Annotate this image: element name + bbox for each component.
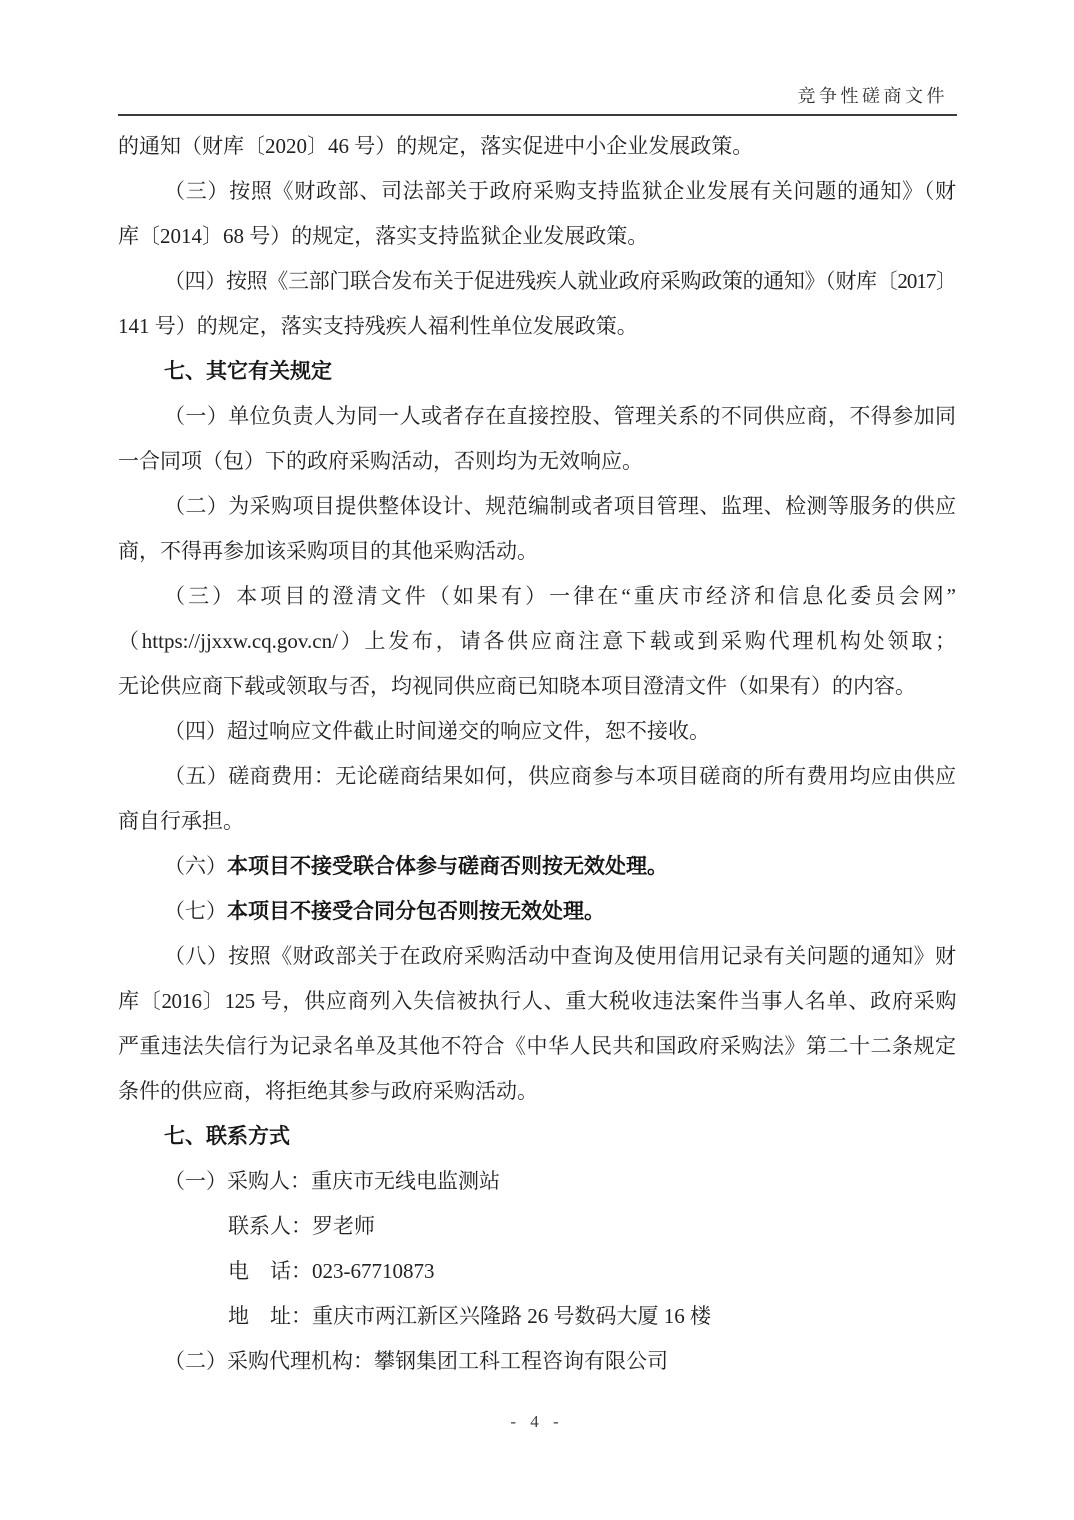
text-line: 无论供应商下载或领取与否，均视同供应商已知晓本项目澄清文件（如果有）的内容。 (118, 664, 956, 709)
text-line: （八）按照《财政部关于在政府采购活动中查询及使用信用记录有关问题的通知》财 (118, 934, 956, 979)
page-number: - 4 - (510, 1412, 563, 1431)
text-segment: （一）单位负责人为同一人或者存在直接控股、管理关系的不同供应商，不得参加同 (164, 404, 956, 428)
text-line: （二）采购代理机构：攀钢集团工科工程咨询有限公司 (118, 1339, 956, 1384)
text-line: 七、联系方式 (118, 1114, 956, 1159)
text-line: （一）单位负责人为同一人或者存在直接控股、管理关系的不同供应商，不得参加同 (118, 394, 956, 439)
bold-text-segment: 本项目不接受联合体参与磋商否则按无效处理。 (227, 854, 668, 878)
text-line: 一合同项（包）下的政府采购活动，否则均为无效响应。 (118, 439, 956, 484)
text-segment: 141 号）的规定，落实支持残疾人福利性单位发展政策。 (118, 314, 638, 338)
text-line: （七）本项目不接受合同分包否则按无效处理。 (118, 889, 956, 934)
text-segment: （二）为采购项目提供整体设计、规范编制或者项目管理、监理、检测等服务的供应 (164, 494, 956, 518)
document-page: 竞争性磋商文件 的通知（财库〔2020〕46 号）的规定，落实促进中小企业发展政… (0, 0, 1074, 1520)
text-segment: （七） (164, 899, 227, 923)
text-line: 七、其它有关规定 (118, 349, 956, 394)
text-line: （三）按照《财政部、司法部关于政府采购支持监狱企业发展有关问题的通知》（财 (118, 169, 956, 214)
page-header: 竞争性磋商文件 (118, 84, 948, 108)
text-line: （三）本项目的澄清文件（如果有）一律在“重庆市经济和信息化委员会网” (118, 574, 956, 619)
text-segment: （https://jjxxw.cq.gov.cn/）上发布，请各供应商注意下载或… (118, 629, 956, 653)
text-segment: （四）按照《三部门联合发布关于促进残疾人就业政府采购政策的通知》（财库〔2017… (164, 269, 956, 293)
header-rule (118, 114, 957, 116)
text-line: （四）超过响应文件截止时间递交的响应文件，恕不接收。 (118, 709, 956, 754)
text-segment: （三）按照《财政部、司法部关于政府采购支持监狱企业发展有关问题的通知》（财 (164, 179, 956, 203)
text-segment: （五）磋商费用：无论磋商结果如何，供应商参与本项目磋商的所有费用均应由供应 (164, 764, 956, 788)
text-segment: 库〔2016〕125 号，供应商列入失信被执行人、重大税收违法案件当事人名单、政… (118, 989, 956, 1013)
text-segment: （八）按照《财政部关于在政府采购活动中查询及使用信用记录有关问题的通知》财 (164, 944, 956, 968)
text-line: 的通知（财库〔2020〕46 号）的规定，落实促进中小企业发展政策。 (118, 124, 956, 169)
text-line: 联系人：罗老师 (118, 1204, 956, 1249)
text-line: 地 址：重庆市两江新区兴隆路 26 号数码大厦 16 楼 (118, 1294, 956, 1339)
text-segment: （三）本项目的澄清文件（如果有）一律在“重庆市经济和信息化委员会网” (164, 584, 956, 608)
text-line: （六）本项目不接受联合体参与磋商否则按无效处理。 (118, 844, 956, 889)
text-line: 严重违法失信行为记录名单及其他不符合《中华人民共和国政府采购法》第二十二条规定 (118, 1024, 956, 1069)
text-segment: 严重违法失信行为记录名单及其他不符合《中华人民共和国政府采购法》第二十二条规定 (118, 1034, 956, 1058)
text-line: （五）磋商费用：无论磋商结果如何，供应商参与本项目磋商的所有费用均应由供应 (118, 754, 956, 799)
text-line: 商自行承担。 (118, 799, 956, 844)
text-segment: 一合同项（包）下的政府采购活动，否则均为无效响应。 (118, 449, 643, 473)
text-line: 库〔2016〕125 号，供应商列入失信被执行人、重大税收违法案件当事人名单、政… (118, 979, 956, 1024)
text-segment: 的通知（财库〔2020〕46 号）的规定，落实促进中小企业发展政策。 (118, 134, 753, 158)
text-segment: 商，不得再参加该采购项目的其他采购活动。 (118, 539, 538, 563)
text-line: 库〔2014〕68 号）的规定，落实支持监狱企业发展政策。 (118, 214, 956, 259)
text-segment: （一）采购人：重庆市无线电监测站 (164, 1169, 500, 1193)
text-line: （https://jjxxw.cq.gov.cn/）上发布，请各供应商注意下载或… (118, 619, 956, 664)
bold-text-segment: 七、联系方式 (164, 1124, 290, 1148)
text-line: 电 话：023-67710873 (118, 1249, 956, 1294)
text-segment: 商自行承担。 (118, 809, 244, 833)
text-line: 141 号）的规定，落实支持残疾人福利性单位发展政策。 (118, 304, 956, 349)
text-line: （一）采购人：重庆市无线电监测站 (118, 1159, 956, 1204)
text-line: 商，不得再参加该采购项目的其他采购活动。 (118, 529, 956, 574)
text-line: （四）按照《三部门联合发布关于促进残疾人就业政府采购政策的通知》（财库〔2017… (118, 259, 956, 304)
text-segment: 库〔2014〕68 号）的规定，落实支持监狱企业发展政策。 (118, 224, 648, 248)
text-segment: 无论供应商下载或领取与否，均视同供应商已知晓本项目澄清文件（如果有）的内容。 (118, 674, 916, 698)
text-line: （二）为采购项目提供整体设计、规范编制或者项目管理、监理、检测等服务的供应 (118, 484, 956, 529)
bold-text-segment: 本项目不接受合同分包否则按无效处理。 (227, 899, 605, 923)
page-footer: - 4 - (0, 1410, 1074, 1434)
bold-text-segment: 七、其它有关规定 (164, 359, 332, 383)
text-segment: 条件的供应商，将拒绝其参与政府采购活动。 (118, 1079, 538, 1103)
text-segment: （六） (164, 854, 227, 878)
text-segment: 联系人：罗老师 (228, 1214, 375, 1238)
document-body: 的通知（财库〔2020〕46 号）的规定，落实促进中小企业发展政策。（三）按照《… (118, 124, 956, 1384)
text-line: 条件的供应商，将拒绝其参与政府采购活动。 (118, 1069, 956, 1114)
text-segment: 电 话：023-67710873 (228, 1259, 435, 1283)
text-segment: 地 址：重庆市两江新区兴隆路 26 号数码大厦 16 楼 (228, 1304, 711, 1328)
header-title: 竞争性磋商文件 (798, 86, 949, 106)
text-segment: （四）超过响应文件截止时间递交的响应文件，恕不接收。 (164, 719, 710, 743)
text-segment: （二）采购代理机构：攀钢集团工科工程咨询有限公司 (164, 1349, 668, 1373)
